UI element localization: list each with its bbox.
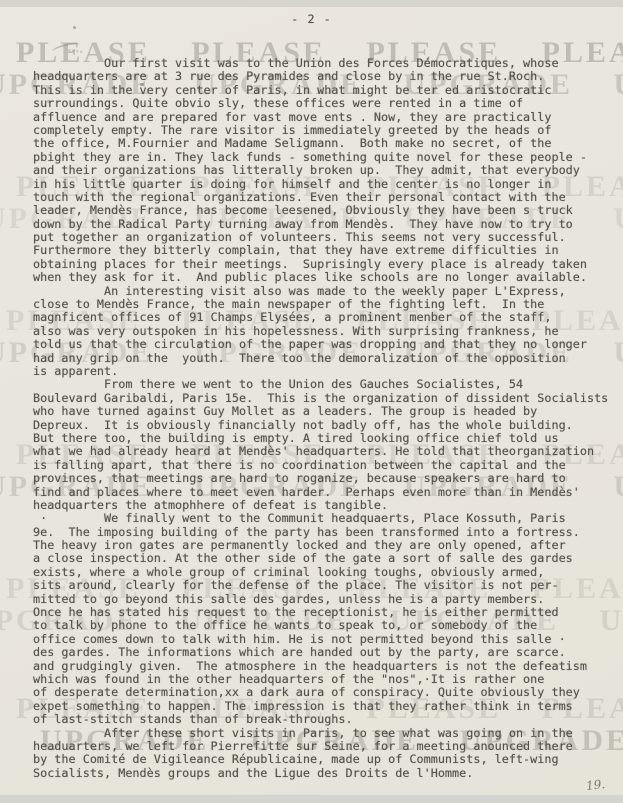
document-line: magnficent offices of 91 Champs Elysées,…: [33, 311, 623, 324]
document-line: what we had already heard at Mendès' hea…: [33, 445, 623, 458]
pencil-smudge: [51, 41, 80, 56]
document-line: of last-stitch stands than of break-thro…: [33, 713, 623, 726]
document-line: provinces, that meetings are hard to rog…: [33, 472, 623, 485]
scan-edge-top: [0, 0, 623, 7]
document-line: who have turned against Guy Mollet as a …: [33, 405, 623, 418]
pencil-dot: [73, 26, 76, 29]
document-line: told us that the circulation of the pape…: [33, 338, 623, 351]
document-line: des gardes. The informations which are h…: [33, 646, 623, 659]
document-line: to talk by phone to the office he wants …: [33, 619, 623, 632]
document-line: the office, M.Fournier and Madame Seligm…: [33, 137, 623, 150]
document-line: and their organizations has litterally b…: [33, 164, 623, 177]
document-line: mitted to go beyond this salle des garde…: [33, 593, 623, 606]
document-line: headquarters are at 3 rue des Pyramides …: [33, 70, 623, 83]
document-line: Depreux. It is obviously financially not…: [33, 419, 623, 432]
document-body: Our first visit was to the Union des For…: [33, 57, 623, 780]
document-line: of desperate determination,xx a dark aur…: [33, 686, 623, 699]
page-number: - 2 -: [0, 12, 623, 26]
document-line: · We finally went to the Communit headqu…: [33, 512, 623, 525]
document-line: After these short visits in Paris, to se…: [33, 727, 623, 740]
document-line: in his little quarter is doing for himse…: [33, 178, 623, 191]
document-line: when they ask for it. And public places …: [33, 271, 623, 284]
document-line: had any grip on the youth. There too the…: [33, 352, 623, 365]
document-line: a close inspection. At the other side of…: [33, 552, 623, 565]
document-line: find and places where to meet even harde…: [33, 486, 623, 499]
document-line: Socialists, Mendès groups and the Ligue …: [33, 767, 623, 780]
document-line: Furthermore they bitterly complain, that…: [33, 244, 623, 257]
document-line: and grudgingly given. The atmosphere in …: [33, 660, 623, 673]
scanned-document-page: PLEASE PLEASE PLEASE PLEASE PLEASEUPGRAD…: [0, 0, 623, 803]
document-line: affluence and are prepared for vast move…: [33, 111, 623, 124]
document-line: leader, Mendès France, has become leesen…: [33, 204, 623, 217]
document-line: by the Comité de Vigileance Républicaine…: [33, 753, 623, 766]
document-line: surroundings. Quite obvio sly, these off…: [33, 97, 623, 110]
scan-edge-bottom: [0, 794, 623, 803]
document-line: From there we went to the Union des Gauc…: [33, 378, 623, 391]
handwritten-page-note: 19.: [585, 777, 605, 793]
document-line: sits around, clearly for the defense of …: [33, 579, 623, 592]
